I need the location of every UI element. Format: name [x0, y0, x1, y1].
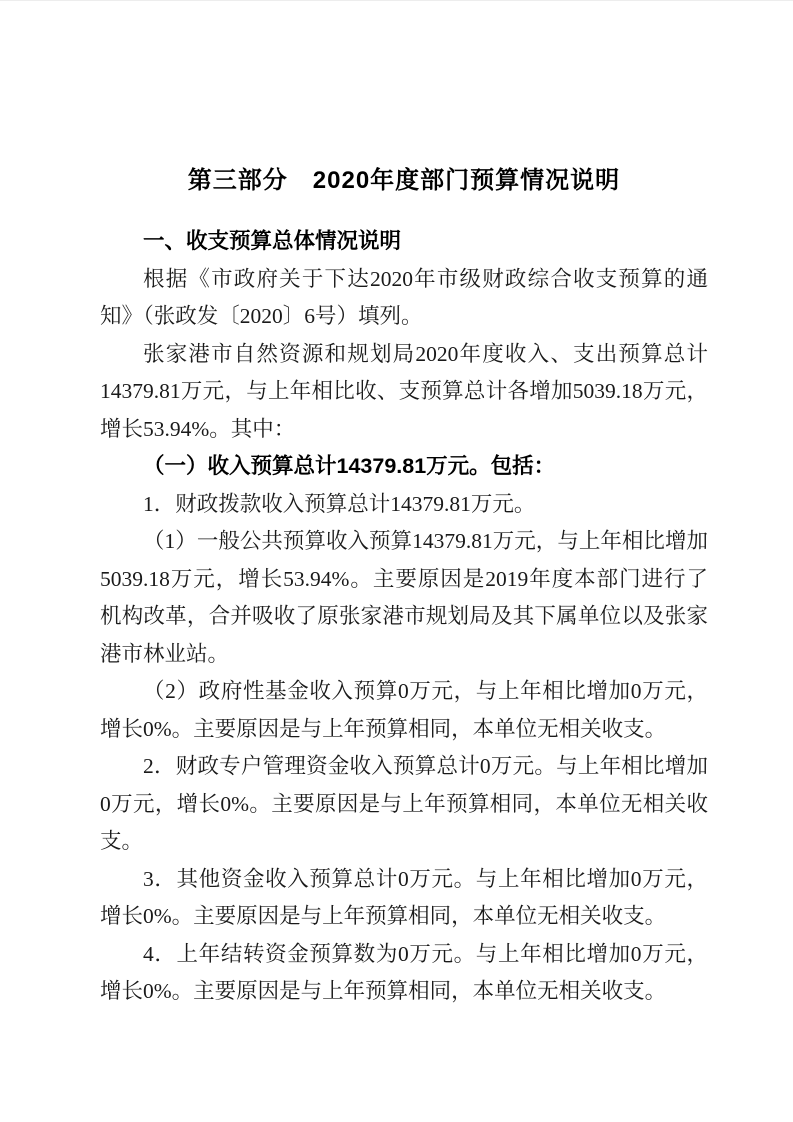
subheading-income-total: （一）收入预算总计14379.81万元。包括：: [100, 448, 708, 486]
para-item-1-fiscal-appropriation: 1．财政拨款收入预算总计14379.81万元。: [100, 486, 708, 524]
para-item-4-carryover-funds: 4．上年结转资金预算数为0万元。与上年相比增加0万元，增长0%。主要原因是与上年…: [100, 936, 708, 1011]
para-basis: 根据《市政府关于下达2020年市级财政综合收支预算的通知》（张政发〔2020〕6…: [100, 261, 708, 336]
heading-overview: 一、收支预算总体情况说明: [100, 223, 708, 261]
para-item-1-1-general-public-budget: （1）一般公共预算收入预算14379.81万元，与上年相比增加5039.18万元…: [100, 523, 708, 673]
para-total-budget: 张家港市自然资源和规划局2020年度收入、支出预算总计14379.81万元，与上…: [100, 336, 708, 449]
para-item-3-other-funds: 3．其他资金收入预算总计0万元。与上年相比增加0万元，增长0%。主要原因是与上年…: [100, 861, 708, 936]
para-item-2-special-account-funds: 2．财政专户管理资金收入预算总计0万元。与上年相比增加0万元，增长0%。主要原因…: [100, 748, 708, 861]
para-item-1-2-government-fund: （2）政府性基金收入预算0万元，与上年相比增加0万元，增长0%。主要原因是与上年…: [100, 673, 708, 748]
document-page: 第三部分 2020年度部门预算情况说明 一、收支预算总体情况说明 根据《市政府关…: [0, 0, 793, 1122]
document-title: 第三部分 2020年度部门预算情况说明: [100, 157, 708, 205]
